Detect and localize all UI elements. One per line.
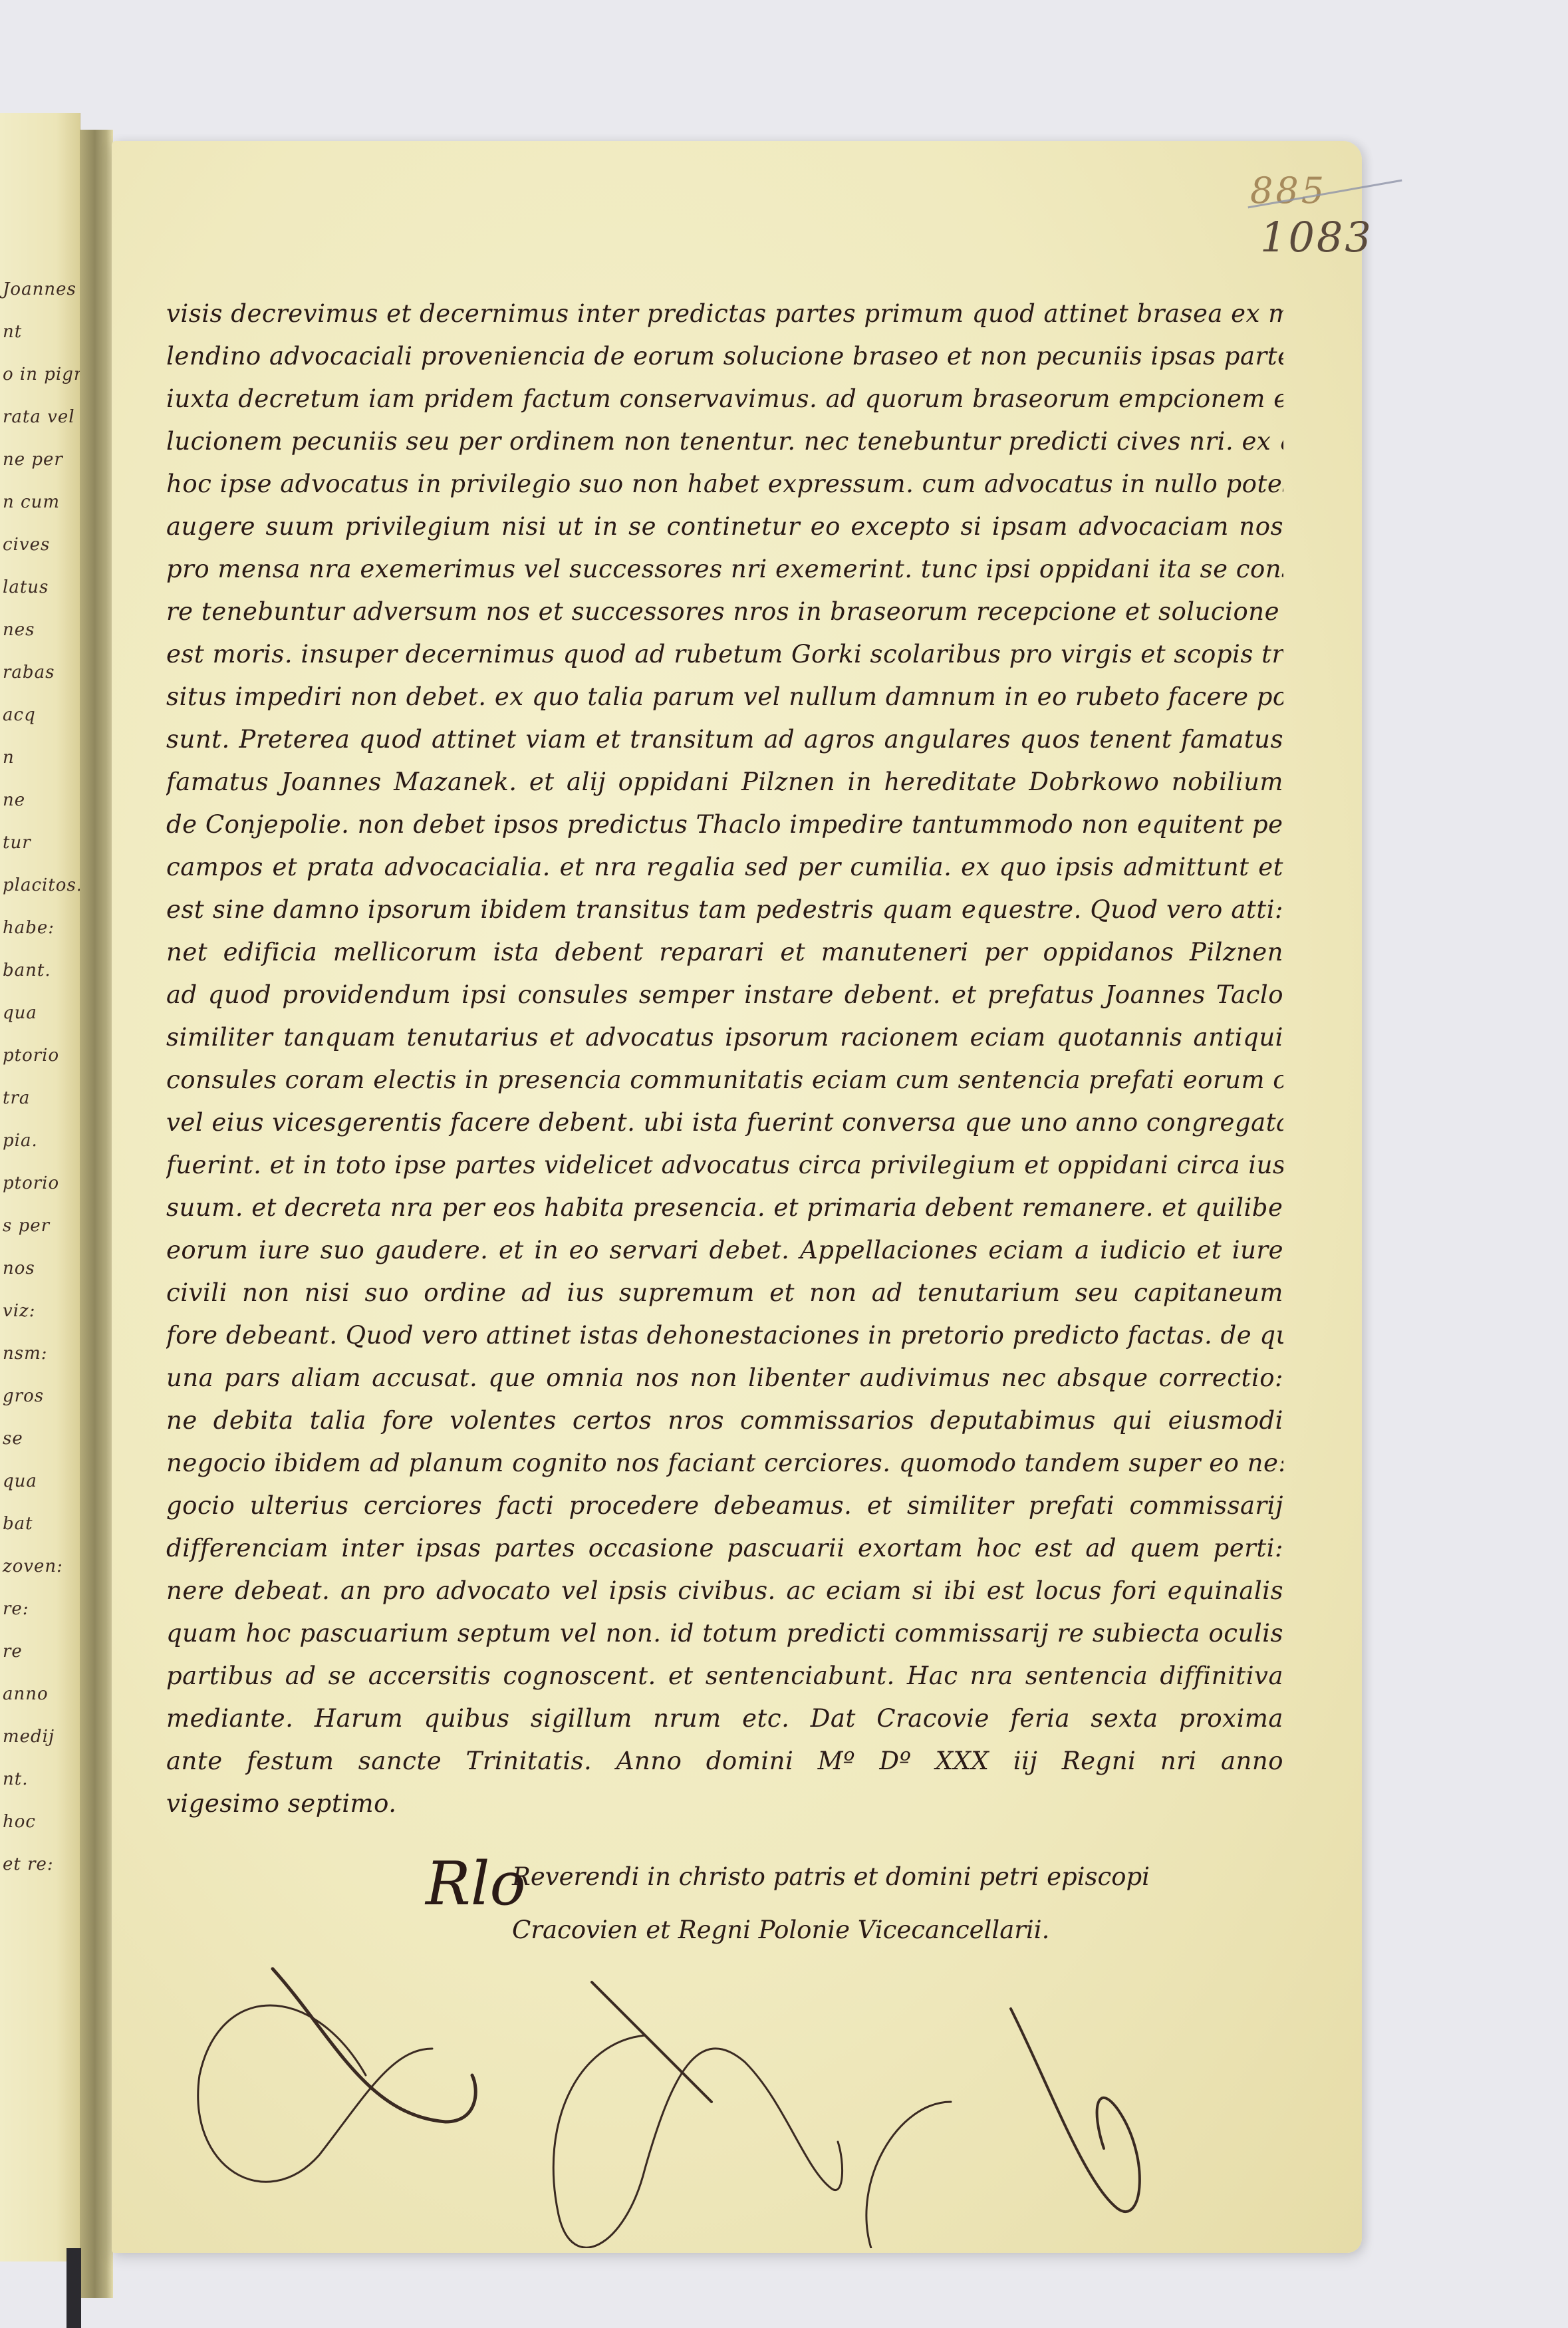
text-line: visis decrevimus et decernimus inter pre… bbox=[166, 293, 1283, 335]
text-line: vigesimo septimo. bbox=[166, 1783, 1283, 1825]
left-page-fragment: nt bbox=[3, 322, 22, 342]
left-page-fragment: nos bbox=[3, 1258, 35, 1278]
left-page-fragment: anno bbox=[3, 1684, 49, 1704]
left-page-fragment: gros bbox=[3, 1386, 44, 1406]
left-page-fragment: cives bbox=[3, 535, 50, 555]
text-line: negocio ibidem ad planum cognito nos fac… bbox=[166, 1442, 1283, 1485]
text-line: de Conjepolie. non debet ipsos predictus… bbox=[166, 803, 1283, 846]
text-line: lendino advocaciali proveniencia de eoru… bbox=[166, 335, 1283, 378]
text-line: hoc ipse advocatus in privilegio suo non… bbox=[166, 463, 1283, 506]
left-page-fragment: qua bbox=[3, 1471, 37, 1491]
folio-number-current: 1083 bbox=[1260, 213, 1373, 261]
notarial-flourish-icon bbox=[166, 1902, 1263, 2248]
left-page-fragment: habe: bbox=[3, 918, 55, 938]
left-page-fragment: n cum bbox=[3, 492, 60, 512]
left-page-fragment: ptorio bbox=[3, 1173, 59, 1193]
text-line: est moris. insuper decernimus quod ad ru… bbox=[166, 633, 1283, 676]
left-page-fragment: s per bbox=[3, 1216, 50, 1236]
left-page-fragment: rabas bbox=[3, 662, 55, 682]
left-page-fragment: rata vel bbox=[3, 407, 75, 427]
text-line: iuxta decretum iam pridem factum conserv… bbox=[166, 378, 1283, 420]
text-line: est sine damno ipsorum ibidem transitus … bbox=[166, 889, 1283, 931]
text-line: fore debeant. Quod vero attinet istas de… bbox=[166, 1314, 1283, 1357]
text-line: gocio ulterius cerciores facti procedere… bbox=[166, 1485, 1283, 1527]
left-page-fragment: n bbox=[3, 748, 15, 768]
left-page-fragment: pia. bbox=[3, 1131, 38, 1151]
left-page-fragment: Joannes bbox=[3, 279, 76, 299]
left-page-fragment: bat bbox=[3, 1514, 33, 1534]
left-page-fragment: tur bbox=[3, 833, 31, 853]
left-page-fragment: placitos. bbox=[3, 875, 82, 895]
text-line: eorum iure suo gaudere. et in eo servari… bbox=[166, 1229, 1283, 1272]
text-line: pro mensa nra exemerimus vel successores… bbox=[166, 548, 1283, 591]
left-page-fragment: ne bbox=[3, 790, 25, 810]
left-page-fragment: bant. bbox=[3, 960, 51, 980]
text-line: mediante. Harum quibus sigillum nrum etc… bbox=[166, 1697, 1283, 1740]
left-page-fragment: ne per bbox=[3, 450, 63, 470]
left-page-fragment: nes bbox=[3, 620, 35, 640]
text-line: similiter tanquam tenutarius et advocatu… bbox=[166, 1016, 1283, 1059]
text-line: fuerint. et in toto ipse partes videlice… bbox=[166, 1144, 1283, 1187]
left-facing-page: Joannesnto in pigno:rata velne pern cumc… bbox=[0, 113, 80, 2261]
left-page-fragment: qua bbox=[3, 1003, 37, 1023]
left-page-fragment: re: bbox=[3, 1599, 29, 1619]
text-line: differenciam inter ipsas partes occasion… bbox=[166, 1527, 1283, 1570]
text-line: campos et prata advocacialia. et nra reg… bbox=[166, 846, 1283, 889]
text-line: lucionem pecuniis seu per ordinem non te… bbox=[166, 420, 1283, 463]
text-line: sunt. Preterea quod attinet viam et tran… bbox=[166, 718, 1283, 761]
text-line: quam hoc pascuarium septum vel non. id t… bbox=[166, 1612, 1283, 1655]
text-line: una pars aliam accusat. que omnia nos no… bbox=[166, 1357, 1283, 1399]
left-page-fragment: ptorio bbox=[3, 1046, 59, 1066]
left-page-fragment: latus bbox=[3, 577, 49, 597]
left-page-fragment: acq bbox=[3, 705, 36, 725]
left-page-fragment: medij bbox=[3, 1727, 55, 1747]
text-line: augere suum privilegium nisi ut in se co… bbox=[166, 506, 1283, 548]
left-page-fragment: et re: bbox=[3, 1854, 54, 1874]
left-page-fragment: viz: bbox=[3, 1301, 35, 1321]
text-line: famatus Joannes Mazanek. et alij oppidan… bbox=[166, 761, 1283, 803]
text-line: ne debita talia fore volentes certos nro… bbox=[166, 1399, 1283, 1442]
text-line: nere debeat. an pro advocato vel ipsis c… bbox=[166, 1570, 1283, 1612]
binding-gutter bbox=[80, 130, 113, 2298]
text-line: ad quod providendum ipsi consules semper… bbox=[166, 974, 1283, 1016]
spine-edge bbox=[66, 2248, 81, 2328]
text-line: vel eius vicesgerentis facere debent. ub… bbox=[166, 1101, 1283, 1144]
left-page-fragment: se bbox=[3, 1429, 23, 1449]
text-line: suum. et decreta nra per eos habita pres… bbox=[166, 1187, 1283, 1229]
left-page-fragment: tra bbox=[3, 1088, 30, 1108]
text-line: net edificia mellicorum ista debent repa… bbox=[166, 931, 1283, 974]
text-line: situs impediri non debet. ex quo talia p… bbox=[166, 676, 1283, 718]
text-line: civili non nisi suo ordine ad ius suprem… bbox=[166, 1272, 1283, 1314]
text-line: consules coram electis in presencia comm… bbox=[166, 1059, 1283, 1101]
text-line: partibus ad se accersitis cognoscent. et… bbox=[166, 1655, 1283, 1697]
left-page-fragment: hoc bbox=[3, 1812, 36, 1832]
signature-line-1: Reverendi in christo patris et domini pe… bbox=[512, 1862, 1150, 1891]
left-page-fragment: zoven: bbox=[3, 1556, 63, 1576]
text-line: re tenebuntur adversum nos et successore… bbox=[166, 591, 1283, 633]
left-page-fragment: nt. bbox=[3, 1769, 28, 1789]
left-page-fragment: re bbox=[3, 1642, 23, 1662]
text-line: ante festum sancte Trinitatis. Anno domi… bbox=[166, 1740, 1283, 1783]
main-text-block: visis decrevimus et decernimus inter pre… bbox=[166, 293, 1283, 1825]
left-page-fragment: nsm: bbox=[3, 1344, 48, 1364]
